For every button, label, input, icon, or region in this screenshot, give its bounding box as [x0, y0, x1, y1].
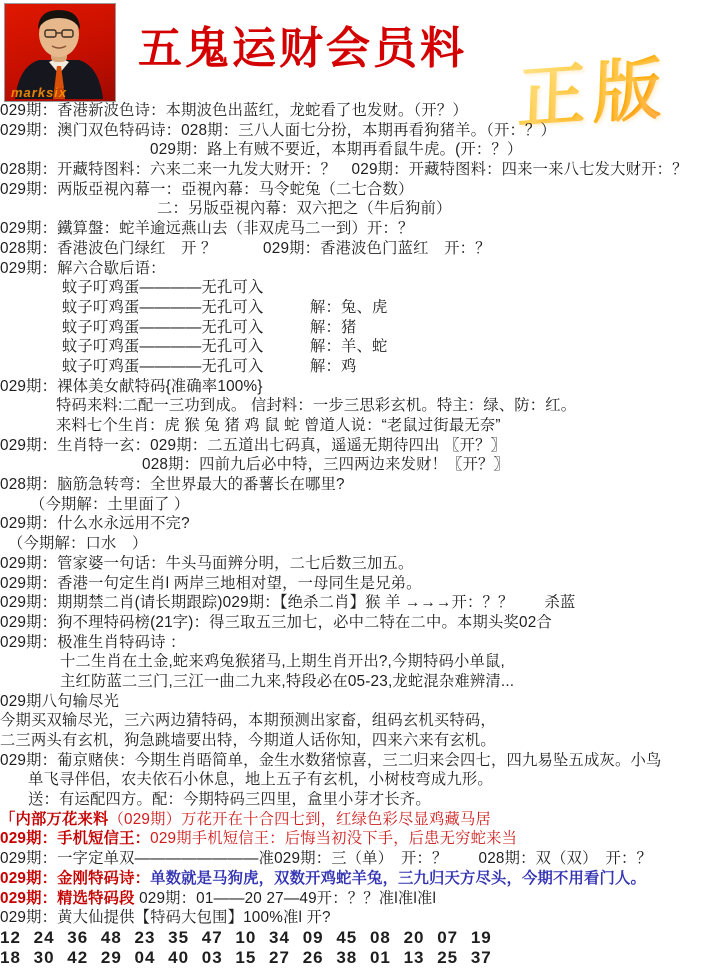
text-segment: （029期）万花开在十合四七到，红绿色彩尽显鸡藏马居 — [108, 811, 491, 828]
text-segment: 029期：香港新波色诗：本期波色出蓝红，龙蛇看了也发财。（开？） — [0, 102, 468, 119]
text-segment: 二：另版亞視內幕：双六把之（牛后狗前） — [157, 200, 451, 217]
text-line: 029期：鐵算盤：蛇羊逾远燕山去（非双虎马二一到）开：？ — [0, 219, 721, 239]
text-segment: 18 30 42 29 04 40 03 15 27 26 38 01 13 2… — [0, 948, 492, 967]
text-segment: 主红防蓝二三门,三江一曲二九来,特段必在05-23,龙蛇混杂难辨清... — [60, 673, 514, 690]
text-line: 送：有运配四方。配：今期特码三四里，盒里小芽才长齐。 — [0, 790, 721, 810]
text-line: 特码来料:二配一三功到成。 信封料：一步三思彩玄机。特主：绿、防：红。 — [0, 396, 721, 416]
text-segment: 029期：路上有贼不要近，本期再看鼠牛虎。(开：？） — [150, 141, 522, 158]
text-segment: 今期买双输尽光，三六两边猜特码，本期预测出家畜，组码玄机买特码， — [0, 712, 496, 729]
text-segment: 028期：脑筋急转弯：全世界最大的番薯长在哪里? — [0, 476, 345, 493]
number-row: 12 24 36 48 23 35 47 10 34 09 45 08 20 0… — [0, 928, 721, 948]
text-segment: 029期：香港一句定生肖l 两岸三地相对望，一母同生是兄弟。 — [0, 575, 422, 592]
text-line: 028期：开藏特图料：六来二来一九发大财开：？ 029期：开藏特图料：四来一来八… — [0, 160, 721, 180]
text-line: 今期买双输尽光，三六两边猜特码，本期预测出家畜，组码玄机买特码， — [0, 711, 721, 731]
photo-watermark: marksix — [11, 85, 67, 100]
text-segment: 028期：开藏特图料：六来二来一九发大财开：？ 029期：开藏特图料：四来一来八… — [0, 161, 688, 178]
text-segment: 029期：期期禁二肖(请长期跟踪)029期：【绝杀二肖】猴 羊 →→→开：？？ … — [0, 594, 575, 611]
text-line: 029期：什么水永远用不完? — [0, 514, 721, 534]
text-line: 029期：路上有贼不要近，本期再看鼠牛虎。(开：？） — [0, 140, 721, 160]
text-segment: 029期：鐵算盤：蛇羊逾远燕山去（非双虎马二一到）开：？ — [0, 220, 414, 237]
text-segment: 蚊子叮鸡蛋————无孔可入 解：羊、蛇 — [62, 338, 387, 355]
text-line: 029期：狗不理特码榜(21字)：得三取五三加七，必中二特在二中。本期头奖02合 — [0, 613, 721, 633]
text-segment: （今期解：口水 ） — [8, 535, 147, 552]
number-row: 18 30 42 29 04 40 03 15 27 26 38 01 13 2… — [0, 948, 721, 968]
text-segment: 蚊子叮鸡蛋————无孔可入 解：鸡 — [62, 358, 356, 375]
text-segment: 029期：什么水永远用不完? — [0, 515, 190, 532]
text-line: 029期：澳门双色特码诗：028期：三八人面七分扮，本期再看狗猪羊。（开：？） — [0, 121, 721, 141]
text-line: 029期：金刚特码诗：单数就是马狗虎，双数开鸡蛇羊兔，三九归天方尽头，今期不用看… — [0, 869, 721, 889]
text-segment: 029期：金刚特码诗： — [0, 870, 150, 887]
text-segment: 单飞寻伴侣，农夫依石小休息，地上五子有玄机，小树枝弯成九形。 — [28, 771, 493, 788]
lottery-tip-sheet: { "header": { "title": "五鬼运财会员料", "stamp… — [0, 0, 721, 969]
portrait-photo: marksix — [4, 3, 116, 102]
text-segment: 029期：澳门双色特码诗：028期：三八人面七分扮，本期再看狗猪羊。（开：？） — [0, 122, 556, 139]
text-line: 蚊子叮鸡蛋————无孔可入 — [0, 278, 721, 298]
text-segment: 12 24 36 48 23 35 47 10 34 09 45 08 20 0… — [0, 928, 492, 947]
text-line: 蚊子叮鸡蛋————无孔可入 解：羊、蛇 — [0, 337, 721, 357]
text-line: 029期：极准生肖特码诗 ： — [0, 633, 721, 653]
text-line: （今期解：土里面了 ） — [0, 495, 721, 515]
text-segment: （今期解：土里面了 ） — [30, 496, 189, 513]
text-line: （今期解：口水 ） — [0, 534, 721, 554]
text-segment: 029期：一字定单双————————准029期：三（单） 开：？ 028期：双（… — [0, 850, 652, 867]
text-segment: 029期：生肖特一玄：029期：二五道出七码真，遥遥无期待四出 〖开？〗 — [0, 437, 506, 454]
text-segment: 029期：管家婆一句话：牛头马面辨分明，二七后数三加五。 — [0, 555, 414, 572]
text-segment: 二三两头有玄机，狗急跳墙要出特，今期道人话你知，四来六来有玄机。 — [0, 732, 496, 749]
text-line: 主红防蓝二三门,三江一曲二九来,特段必在05-23,龙蛇混杂难辨清... — [0, 672, 721, 692]
text-line: 「内部万花来料（029期）万花开在十合四七到，红绿色彩尽显鸡藏马居 — [0, 810, 721, 830]
text-segment: 蚊子叮鸡蛋————无孔可入 解：兔、虎 — [62, 299, 387, 316]
text-segment: 029期：手机短信王： — [0, 830, 150, 847]
text-line: 单飞寻伴侣，农夫依石小休息，地上五子有玄机，小树枝弯成九形。 — [0, 770, 721, 790]
text-segment: 029期：极准生肖特码诗 ： — [0, 634, 186, 651]
text-segment: 029期手机短信王：后悔当初没下手，后患无穷蛇来当 — [150, 830, 517, 847]
text-line: 029期：黄大仙提供【特码大包围】100%准l 开? — [0, 908, 721, 928]
text-line: 029期：管家婆一句话：牛头马面辨分明，二七后数三加五。 — [0, 554, 721, 574]
text-line: 来料七个生肖：虎 猴 兔 猪 鸡 鼠 蛇 曾道人说：“老鼠过街最无奈” — [0, 416, 721, 436]
text-line: 029期：两版亞視內幕一：亞視內幕：马令蛇兔（二七合数） — [0, 180, 721, 200]
text-line: 029期：香港新波色诗：本期波色出蓝红，龙蛇看了也发财。（开？） — [0, 101, 721, 121]
text-line: 029期：香港一句定生肖l 两岸三地相对望，一母同生是兄弟。 — [0, 574, 721, 594]
text-line: 029期：期期禁二肖(请长期跟踪)029期：【绝杀二肖】猴 羊 →→→开：？？ … — [0, 593, 721, 613]
text-segment: 029期八句输尽光 — [0, 693, 119, 710]
text-line: 028期：香港波色门绿红 开 ？ 029期：香港波色门蓝红 开：？ — [0, 239, 721, 259]
text-segment: 蚊子叮鸡蛋————无孔可入 — [62, 279, 263, 296]
text-line: 二：另版亞視內幕：双六把之（牛后狗前） — [0, 199, 721, 219]
text-line: 029期：解六合歇后语： — [0, 259, 721, 279]
text-line: 029期：葡京赌侠：今期生肖晤简单，金生水数猪惊喜，三二归来会四七，四九易坠五成… — [0, 751, 721, 771]
text-segment: 单数就是马狗虎，双数开鸡蛇羊兔，三九归天方尽头，今期不用看门人。 — [150, 870, 646, 887]
text-line: 028期：脑筋急转弯：全世界最大的番薯长在哪里? — [0, 475, 721, 495]
text-line: 029期：一字定单双————————准029期：三（单） 开：？ 028期：双（… — [0, 849, 721, 869]
text-segment: 029期：黄大仙提供【特码大包围】100%准l 开? — [0, 909, 331, 926]
text-segment: 029期：裸体美女献特码{准确率100%} — [0, 378, 263, 395]
text-line: 蚊子叮鸡蛋————无孔可入 解：兔、虎 — [0, 298, 721, 318]
text-segment: 送：有运配四方。配：今期特码三四里，盒里小芽才长齐。 — [28, 791, 431, 808]
text-line: 029期八句输尽光 — [0, 692, 721, 712]
text-line: 029期：精选特码段 029期：01——20 27—49开：？？准l准l准l — [0, 889, 721, 909]
text-line: 蚊子叮鸡蛋————无孔可入 解：鸡 — [0, 357, 721, 377]
text-line: 028期：四前九后必中特，三四两边来发财！〖开？〗 — [0, 455, 721, 475]
text-line: 十二生肖在土金,蛇来鸡兔猴猪马,上期生肖开出?,今期特码小单鼠, — [0, 652, 721, 672]
text-segment: 028期：四前九后必中特，三四两边来发财！〖开？〗 — [142, 456, 509, 473]
text-segment: 029期：精选特码段 — [0, 890, 139, 907]
text-segment: 特码来料:二配一三功到成。 信封料：一步三思彩玄机。特主：绿、防：红。 — [56, 397, 576, 414]
text-segment: 029期：解六合歇后语： — [0, 260, 166, 277]
text-line: 029期：裸体美女献特码{准确率100%} — [0, 377, 721, 397]
text-segment: 来料七个生肖：虎 猴 兔 猪 鸡 鼠 蛇 曾道人说：“老鼠过街最无奈” — [56, 417, 501, 434]
text-line: 029期：生肖特一玄：029期：二五道出七码真，遥遥无期待四出 〖开？〗 — [0, 436, 721, 456]
text-segment: 十二生肖在土金,蛇来鸡兔猴猪马,上期生肖开出?,今期特码小单鼠, — [60, 653, 505, 670]
text-segment: 029期：葡京赌侠：今期生肖晤简单，金生水数猪惊喜，三二归来会四七，四九易坠五成… — [0, 752, 662, 769]
text-segment: 028期：香港波色门绿红 开 ？ 029期：香港波色门蓝红 开：？ — [0, 240, 491, 257]
text-line: 029期：手机短信王：029期手机短信王：后悔当初没下手，后患无穷蛇来当 — [0, 829, 721, 849]
text-line: 蚊子叮鸡蛋————无孔可入 解：猪 — [0, 318, 721, 338]
text-segment: 029期：狗不理特码榜(21字)：得三取五三加七，必中二特在二中。本期头奖02合 — [0, 614, 552, 631]
tip-lines-container: 029期：香港新波色诗：本期波色出蓝红，龙蛇看了也发财。（开？）029期：澳门双… — [0, 101, 721, 967]
text-segment: 029期：两版亞視內幕一：亞視內幕：马令蛇兔（二七合数） — [0, 181, 414, 198]
text-segment: 蚊子叮鸡蛋————无孔可入 解：猪 — [62, 319, 356, 336]
text-segment: 029期：01——20 27—49开：？？准l准l准l — [139, 890, 436, 907]
page-title: 五鬼运财会员料 — [138, 24, 483, 74]
text-segment: 「内部万花来料 — [0, 811, 108, 828]
text-line: 二三两头有玄机，狗急跳墙要出特，今期道人话你知，四来六来有玄机。 — [0, 731, 721, 751]
